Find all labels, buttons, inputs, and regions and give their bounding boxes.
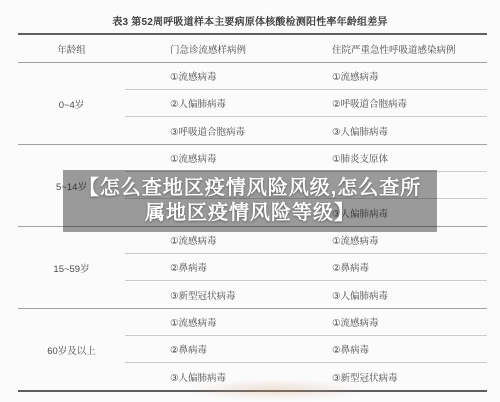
header-outpatient-ili: 门急诊流感样病例 xyxy=(125,42,320,56)
header-age-group: 年龄组 xyxy=(18,42,125,56)
age-group-row-15-59: 15~59岁 ①流感病毒 ②鼻病毒 ③新型冠状病毒 ①流感病毒 ②鼻病毒 ③人偏… xyxy=(18,227,487,309)
pathogen-cell: ③人偏肺病毒 xyxy=(320,117,487,144)
pathogen-cell: ②鼻病毒 xyxy=(320,254,487,281)
pathogen-cell: ②鼻病毒 xyxy=(125,336,320,363)
inpatient-cells: ①流感病毒 ②鼻病毒 ③人偏肺病毒 xyxy=(320,227,487,308)
pathogen-cell: ③新型冠状病毒 xyxy=(125,281,320,308)
age-group-label: 60岁及以上 xyxy=(18,309,125,390)
pathogen-cell: ③呼吸道合胞病毒 xyxy=(125,117,320,144)
header-inpatient-sari: 住院严重急性呼吸道感染病例 xyxy=(320,42,487,56)
watermark-overlay: 【怎么查地区疫情风险风级,怎么查所 属地区疫情风险等级】 xyxy=(63,170,437,232)
pathogen-cell: ②鼻病毒 xyxy=(320,336,487,363)
pathogen-cell: ①流感病毒 xyxy=(320,63,487,90)
report-page: 表3 第52周呼吸道样本主要病原体核酸检测阳性率年龄组差异 年龄组 门急诊流感样… xyxy=(0,0,500,402)
pathogen-cell: ③人偏肺病毒 xyxy=(125,363,320,390)
pathogen-cell: ③新型冠状病毒 xyxy=(320,363,487,390)
table-title: 表3 第52周呼吸道样本主要病原体核酸检测阳性率年龄组差异 xyxy=(0,13,500,28)
pathogen-cell: ①流感病毒 xyxy=(125,309,320,336)
age-group-label: 0~4岁 xyxy=(18,63,125,144)
pathogen-cell: ②呼吸道合胞病毒 xyxy=(320,90,487,117)
pathogen-cell: ①流感病毒 xyxy=(125,63,320,90)
watermark-text-line2: 属地区疫情风险等级】 xyxy=(145,201,355,226)
outpatient-cells: ①流感病毒 ②人偏肺病毒 ③呼吸道合胞病毒 xyxy=(125,63,320,144)
outpatient-cells: ①流感病毒 ②鼻病毒 ③人偏肺病毒 xyxy=(125,309,320,390)
outpatient-cells: ①流感病毒 ②鼻病毒 ③新型冠状病毒 xyxy=(125,227,320,308)
pathogen-cell: ②鼻病毒 xyxy=(125,254,320,281)
age-group-row-0-4: 0~4岁 ①流感病毒 ②人偏肺病毒 ③呼吸道合胞病毒 ①流感病毒 ②呼吸道合胞病… xyxy=(18,63,487,145)
pathogen-cell: ①流感病毒 xyxy=(320,309,487,336)
age-group-row-60-plus: 60岁及以上 ①流感病毒 ②鼻病毒 ③人偏肺病毒 ①流感病毒 ②鼻病毒 ③新型冠… xyxy=(18,309,487,392)
inpatient-cells: ①流感病毒 ②鼻病毒 ③新型冠状病毒 xyxy=(320,309,487,390)
table-header-row: 年龄组 门急诊流感样病例 住院严重急性呼吸道感染病例 xyxy=(18,33,487,63)
inpatient-cells: ①流感病毒 ②呼吸道合胞病毒 ③人偏肺病毒 xyxy=(320,63,487,144)
pathogen-cell: ②人偏肺病毒 xyxy=(125,90,320,117)
watermark-text-line1: 【怎么查地区疫情风险风级,怎么查所 xyxy=(79,176,422,201)
pathogen-cell: ①流感病毒 xyxy=(125,145,320,172)
pathogen-cell: ③人偏肺病毒 xyxy=(320,281,487,308)
pathogen-cell: ①肺炎支原体 xyxy=(320,145,487,172)
age-group-label: 15~59岁 xyxy=(18,227,125,308)
